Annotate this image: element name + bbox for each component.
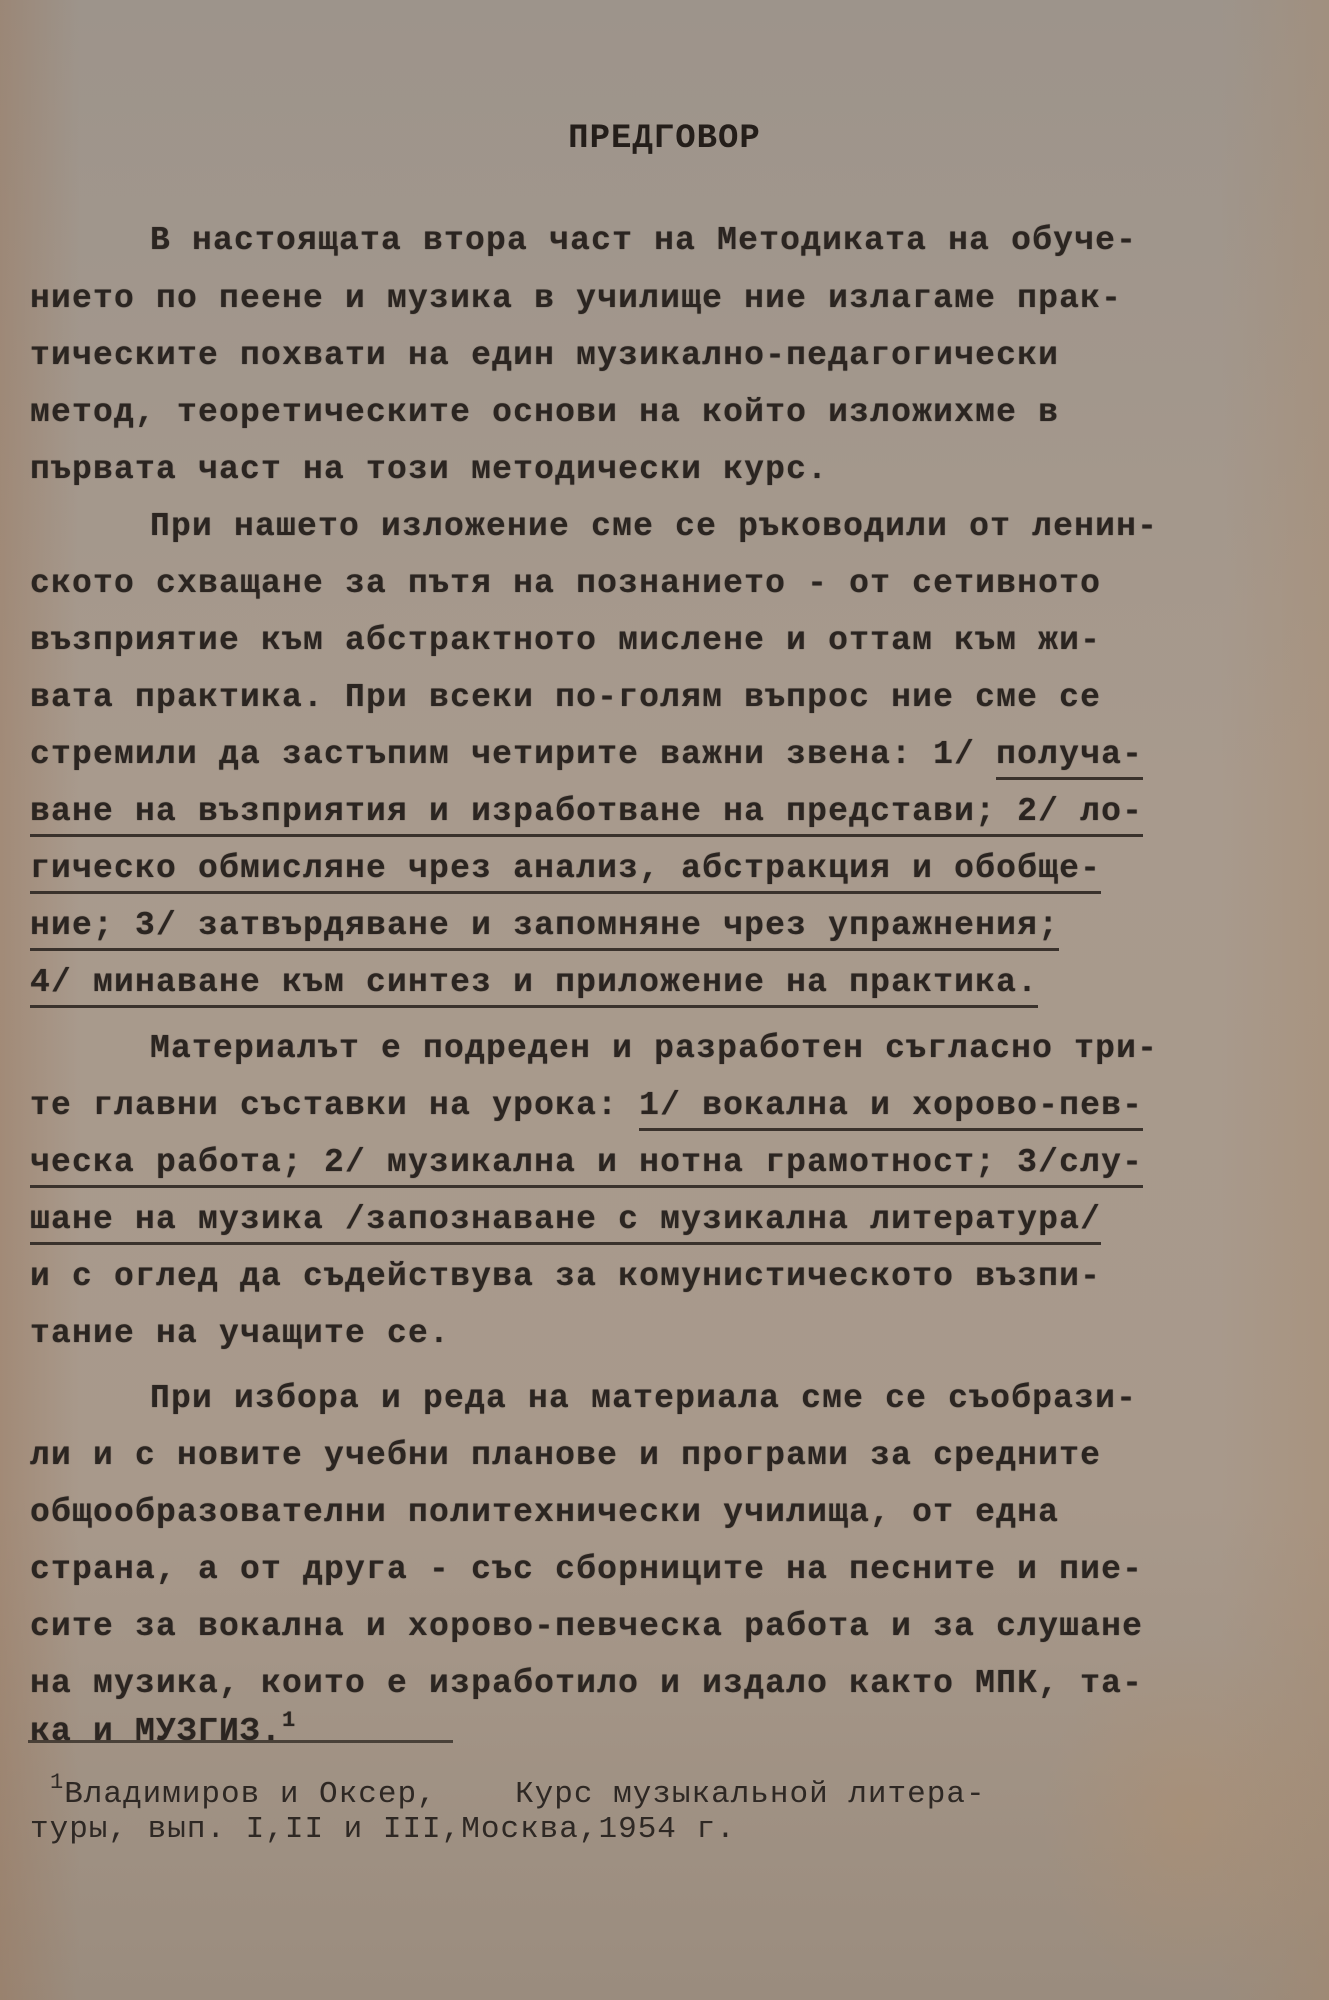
- paragraph-2-line-6: ване на възприятия и изработване на пред…: [30, 793, 1143, 830]
- underlined-text: ние; 3/ затвърдяване и запомняне чрез уп…: [30, 907, 1059, 951]
- paragraph-2-line-9: 4/ минаване към синтез и приложение на п…: [30, 964, 1038, 1001]
- paragraph-4-line-2: ли и с новите учебни планове и програми …: [30, 1437, 1101, 1474]
- paragraph-1-line-1: В настоящата втора част на Методиката на…: [150, 222, 1137, 259]
- paragraph-1-line-5: първата част на този методически курс.: [30, 451, 828, 488]
- footnote-separator: [28, 1740, 453, 1743]
- underlined-text: получа-: [996, 736, 1143, 780]
- paragraph-3-line-4: шане на музика /запознаване с музикална …: [30, 1201, 1101, 1238]
- paragraph-3-line-2-text: те главни съставки на урока:: [30, 1087, 639, 1124]
- paragraph-3-line-2: те главни съставки на урока: 1/ вокална …: [30, 1087, 1143, 1124]
- paragraph-2-line-1: При нашето изложение сме се ръководили о…: [150, 508, 1158, 545]
- footnote-line-1: 1Владимиров и Оксер, Курс музыкальной ли…: [50, 1770, 986, 1812]
- footnote-text-1: Владимиров и Оксер, Курс музыкальной лит…: [64, 1777, 985, 1812]
- paragraph-2-line-5: стремили да застъпим четирите важни звен…: [30, 736, 1143, 773]
- underlined-text: гическо обмисляне чрез анализ, абстракци…: [30, 850, 1101, 894]
- paragraph-2-line-2: ското схващане за пътя на познанието - о…: [30, 565, 1101, 602]
- page-title: ПРЕДГОВОР: [0, 120, 1329, 158]
- footnote-reference: 1: [282, 1708, 296, 1733]
- underlined-text: 1/ вокална и хорово-пев-: [639, 1087, 1143, 1131]
- paragraph-1-line-2: нието по пеене и музика в училище ние из…: [30, 280, 1122, 317]
- paragraph-1-line-3: тическите похвати на един музикално-педа…: [30, 337, 1059, 374]
- paragraph-2-line-5-text: стремили да застъпим четирите важни звен…: [30, 736, 996, 773]
- paragraph-4-line-1: При избора и реда на материала сме се съ…: [150, 1380, 1137, 1417]
- typewritten-page: ПРЕДГОВОР В настоящата втора част на Мет…: [0, 0, 1329, 2000]
- paragraph-2-line-4: вата практика. При всеки по-голям въпрос…: [30, 679, 1101, 716]
- underlined-text: ване на възприятия и изработване на пред…: [30, 793, 1143, 837]
- paragraph-3-line-1: Материалът е подреден и разработен съгла…: [150, 1030, 1158, 1067]
- underlined-text: 4/ минаване към синтез и приложение на п…: [30, 964, 1038, 1008]
- paragraph-4-line-4: страна, а от друга - със сборниците на п…: [30, 1551, 1143, 1588]
- paragraph-3-line-6: тание на учащите се.: [30, 1315, 450, 1352]
- paragraph-4-line-5: сите за вокална и хорово-певческа работа…: [30, 1608, 1143, 1645]
- paragraph-2-line-8: ние; 3/ затвърдяване и запомняне чрез уп…: [30, 907, 1059, 944]
- underlined-text: шане на музика /запознаване с музикална …: [30, 1201, 1101, 1245]
- paragraph-2-line-3: възприятие към абстрактното мислене и от…: [30, 622, 1101, 659]
- paragraph-3-line-5: и с оглед да съдействува за комунистичес…: [30, 1258, 1101, 1295]
- paragraph-2-line-7: гическо обмисляне чрез анализ, абстракци…: [30, 850, 1101, 887]
- paragraph-4-line-7-text: ка и МУЗГИЗ.: [30, 1713, 282, 1750]
- paragraph-4-line-3: общообразователни политехнически училища…: [30, 1494, 1059, 1531]
- paragraph-4-line-6: на музика, които е изработило и издало к…: [30, 1665, 1143, 1702]
- paragraph-1-line-4: метод, теоретическите основи на който из…: [30, 394, 1059, 431]
- footnote-line-2: туры, вып. I,II и III,Москва,1954 г.: [30, 1812, 736, 1847]
- paragraph-3-line-3: ческа работа; 2/ музикална и нотна грамо…: [30, 1144, 1143, 1181]
- underlined-text: ческа работа; 2/ музикална и нотна грамо…: [30, 1144, 1143, 1188]
- footnote-marker: 1: [50, 1770, 64, 1795]
- paragraph-4-line-7: ка и МУЗГИЗ.1: [30, 1708, 296, 1750]
